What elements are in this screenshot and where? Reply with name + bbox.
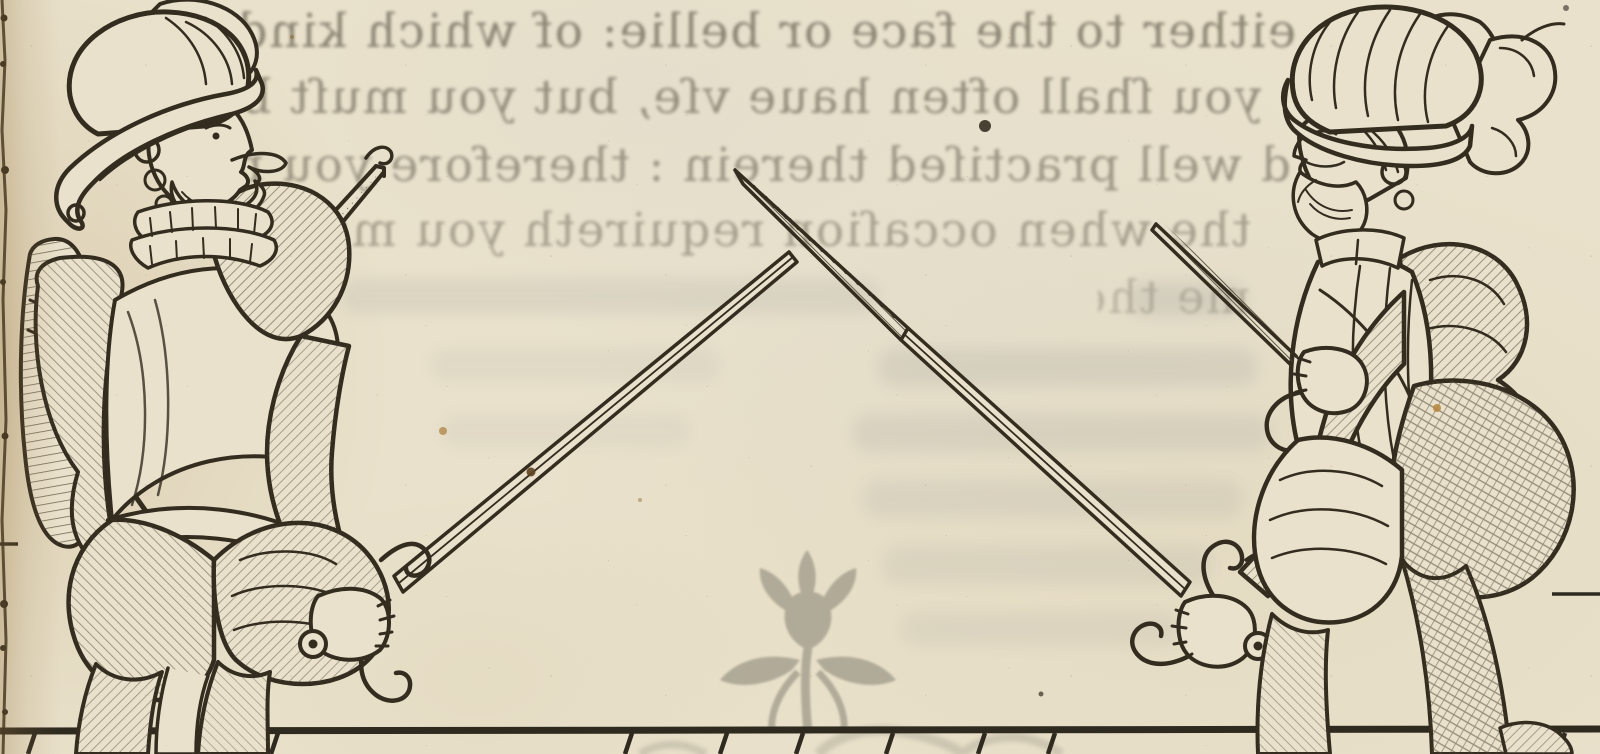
left-rapier — [300, 252, 797, 701]
paper-spot — [439, 427, 447, 435]
paper-spot — [638, 498, 642, 502]
quillon-front — [1204, 542, 1243, 600]
plank-joint — [796, 733, 803, 754]
right-rapier — [735, 170, 1271, 667]
ruff-collar — [131, 201, 277, 268]
front-lobe — [1254, 438, 1402, 623]
plank-joint — [271, 733, 278, 754]
paper-spot — [1039, 692, 1044, 697]
book-page-scan: either to the face or bellie: of which k… — [0, 0, 1600, 754]
page-edge — [1, 0, 9, 754]
plank-joint — [625, 733, 632, 754]
right-fencer — [735, 7, 1574, 754]
paper-spot — [1433, 404, 1441, 412]
paper-spot — [527, 468, 536, 477]
legs — [76, 662, 270, 754]
fuller — [904, 334, 1185, 589]
paper-spot — [979, 120, 991, 132]
showthrough-arcs — [640, 730, 1061, 754]
plank-joint — [28, 733, 35, 754]
plumed-hat — [1283, 7, 1564, 173]
fuller — [399, 257, 793, 583]
hair-curl — [1395, 191, 1413, 209]
left-fencer — [21, 0, 797, 754]
paper-spot — [1563, 5, 1569, 11]
plank-joint — [720, 733, 727, 754]
fleuron-ghost-ornament — [720, 550, 896, 733]
paper-spot — [290, 35, 294, 39]
woodcut-illustration — [0, 0, 1600, 754]
hat-crown — [1292, 7, 1481, 132]
fist — [1298, 348, 1367, 413]
plank-joint — [886, 733, 893, 754]
eye — [213, 133, 220, 140]
